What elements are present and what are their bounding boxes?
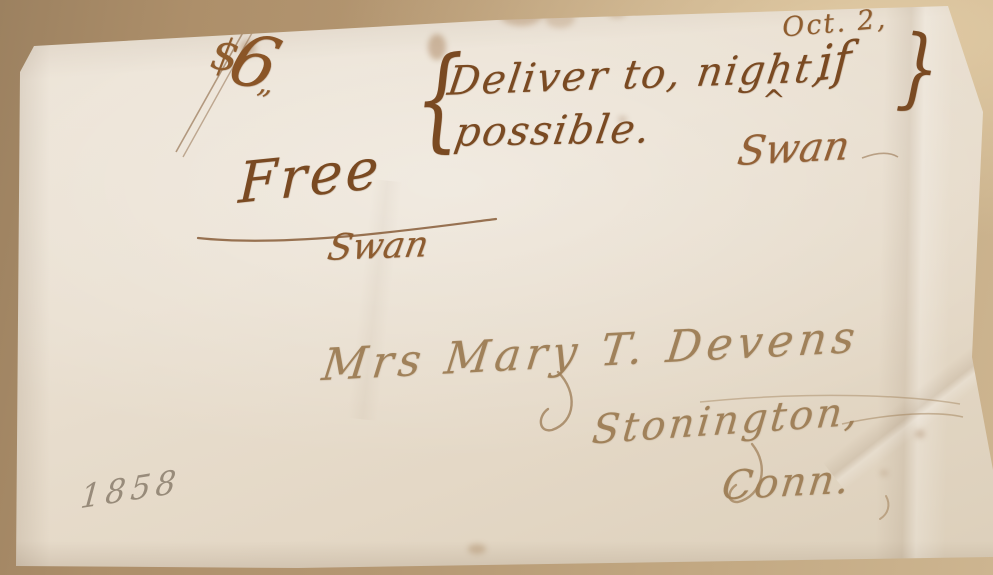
instruction-close-brace: } [894, 14, 941, 121]
stain [607, 4, 627, 18]
swan-signature-flourish [862, 153, 898, 158]
instruction-line2: possible. [451, 106, 655, 156]
instruction-signature: Swan [734, 123, 852, 175]
conn-comma-flourish [880, 496, 888, 519]
insertion-caret: ^ [762, 84, 785, 117]
devens-descender-flourish [541, 372, 572, 430]
address-state: Conn. [719, 456, 853, 509]
frank-signature: Swan [324, 224, 431, 269]
photo-of-envelope: Oct. 2, $ 6 „ { Deliver to, night, ^ if … [0, 0, 993, 575]
inserted-word: if [816, 31, 853, 93]
envelope-paper: Oct. 2, $ 6 „ { Deliver to, night, ^ if … [0, 0, 993, 575]
stain [148, 22, 158, 30]
